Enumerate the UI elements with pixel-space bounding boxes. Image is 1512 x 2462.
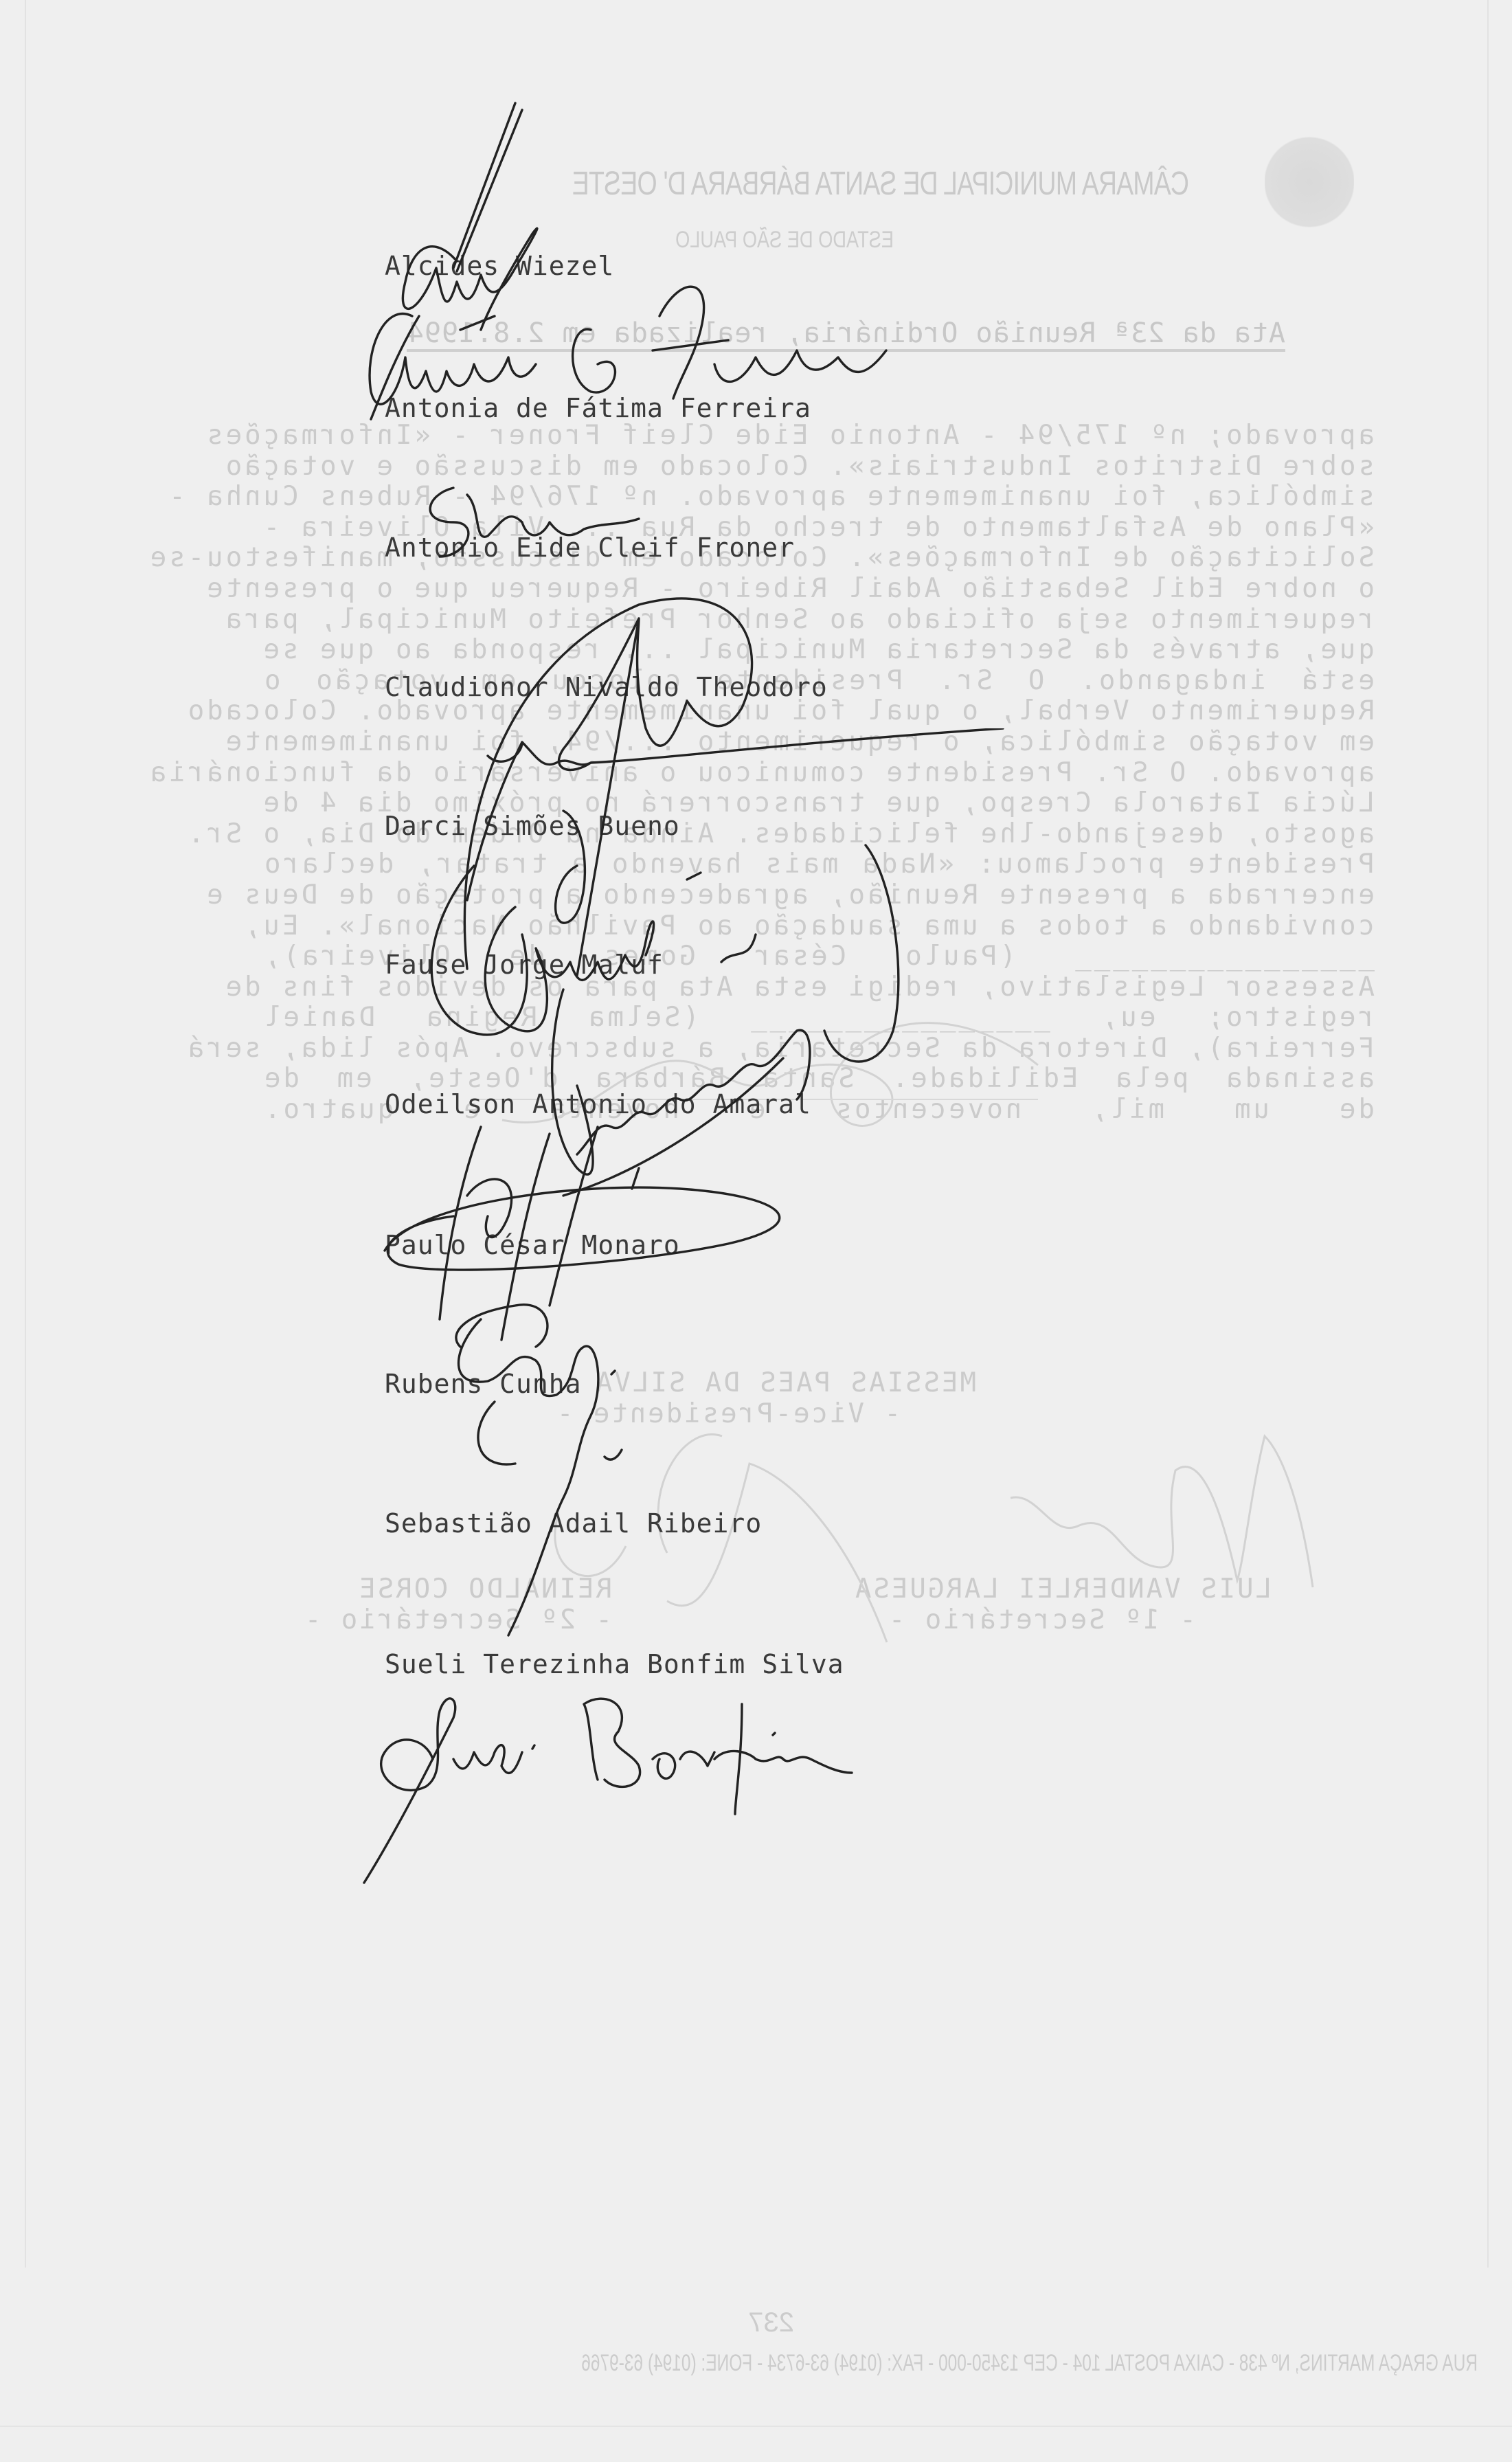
signatory-name: Paulo César Monaro — [385, 1230, 680, 1260]
bleed-footer-address: RUA GRAÇA MARTINS, Nº 438 - CAIXA POSTAL… — [581, 2350, 1478, 2377]
bleed-subheader: ESTADO DE SÃO PAULO — [675, 227, 894, 254]
signatory-name: Rubens Cunha — [385, 1369, 582, 1399]
signatory-name: Claudionor Nivaldo Theodoro — [385, 672, 828, 702]
signatory-name: Sebastião Adail Ribeiro — [385, 1508, 762, 1538]
municipal-crest-icon — [1265, 124, 1354, 240]
bleed-body-line: que, através da Secretaria Municipal ...… — [262, 635, 1375, 666]
bleed-body-line: encerrada a presente Reunião, agradecend… — [262, 880, 1375, 911]
bleed-page-number: 237 — [748, 2307, 794, 2338]
bleed-signature-assessor — [447, 983, 1065, 1175]
bleed-body-line: convidando a todos a uma saudação ao Pav… — [262, 911, 1375, 942]
bleed-body-line: o nobre Edil Sebastião Adail Ribeiro - R… — [262, 574, 1375, 605]
bleed-body-line: em votação simbólica, o requerimento ...… — [262, 727, 1375, 758]
signatory-name: Sueli Terezinha Bonfim Silva — [385, 1649, 844, 1679]
signatory-name: Antonio Eide Cleif Froner — [385, 533, 795, 563]
signatory-name: Odeilson Antonio do Amaral — [385, 1089, 811, 1119]
bleed-body-line: simbólica, foi unanimemente aprovado. nº… — [262, 482, 1375, 513]
signatory-name: Fause Jorge Maluf — [385, 950, 664, 980]
signatory-name: Darci Simões Bueno — [385, 811, 680, 841]
bleed-through-layer: CÂMARA MUNICIPAL DE SANTA BÁRBARA D' OES… — [0, 0, 1512, 2462]
bleed-body-line: aprovado; nº 175/94 - Antonio Eide Cleif… — [262, 421, 1375, 451]
bleed-title: Ata da 23ª Reunião Ordinária, realizada … — [407, 317, 1285, 352]
bleed-body-line: sobre Distritos Industriais». Colocado e… — [262, 451, 1375, 482]
bleed-header: CÂMARA MUNICIPAL DE SANTA BÁRBARA D' OES… — [573, 165, 1189, 203]
bleed-body-line: Presidente proclamou: «Nada mais havendo… — [262, 849, 1375, 880]
bleed-signature-officer — [956, 1409, 1340, 1615]
bleed-body-line: requerimento seja oficiado ao Senhor Pre… — [262, 605, 1375, 636]
bleed-body-line: aprovado. O Sr. Presidente comunicou o a… — [262, 758, 1375, 789]
signatory-name: Antonia de Fátima Ferreira — [385, 393, 811, 423]
signatory-name: Alcides Wiezel — [385, 251, 614, 281]
